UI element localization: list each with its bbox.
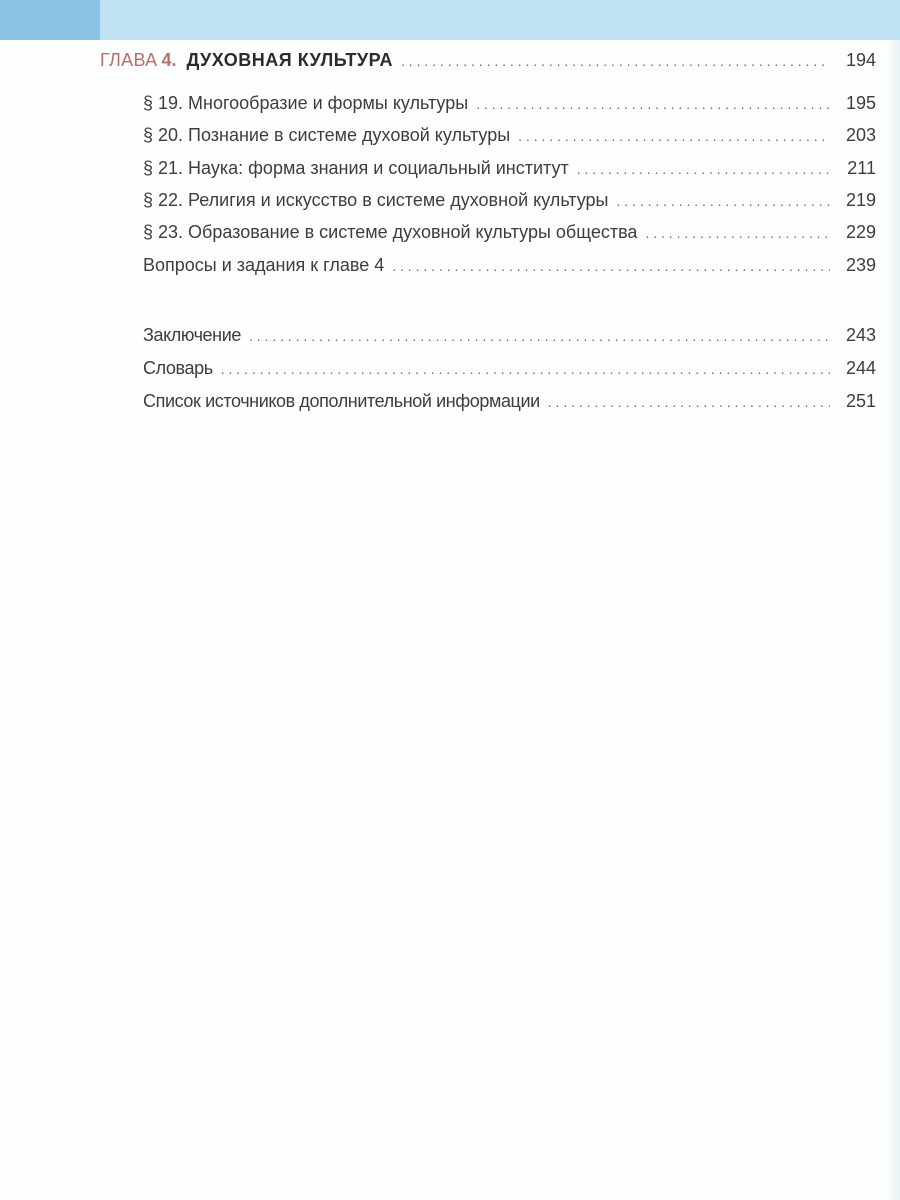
dot-leader [518,128,830,144]
toc-entry-questions[interactable]: Вопросы и задания к главе 4 239 [143,255,876,279]
page-number: 211 [838,158,876,179]
page-number: 194 [838,50,876,71]
dot-leader [577,161,830,177]
chapter-heading: ГЛАВА4.ДУХОВНАЯ КУЛЬТУРА [100,50,393,71]
entry-title: § 22. Религия и искусство в системе духо… [143,190,608,211]
toc-entry[interactable]: § 21. Наука: форма знания и социальный и… [143,158,876,182]
page-number: 219 [838,190,876,211]
entry-title: Список источников дополнительной информа… [143,391,540,412]
entry-title: § 21. Наука: форма знания и социальный и… [143,158,569,179]
toc-entry-sources[interactable]: Список источников дополнительной информа… [143,391,876,415]
entry-title: Словарь [143,358,213,379]
dot-leader [392,258,830,274]
dot-leader [249,328,830,344]
chapter-name: ДУХОВНАЯ КУЛЬТУРА [186,50,393,70]
page-number: 244 [838,358,876,379]
chapter-label: ГЛАВА [100,50,157,70]
entry-title: § 20. Познание в системе духовой культур… [143,125,510,146]
dot-leader [401,53,830,69]
page-number: 195 [838,93,876,114]
toc-entry[interactable]: § 20. Познание в системе духовой культур… [143,125,876,149]
page-number: 203 [838,125,876,146]
page-number: 229 [838,222,876,243]
toc-entry[interactable]: § 23. Образование в системе духовной кул… [143,222,876,246]
dot-leader [476,96,830,112]
header-band-corner [0,0,100,40]
page-number: 251 [838,391,876,412]
entry-title: Заключение [143,325,241,346]
page-number: 239 [838,255,876,276]
page-number: 243 [838,325,876,346]
dot-leader [645,225,830,241]
toc-entry-conclusion[interactable]: Заключение 243 [143,325,876,349]
dot-leader [616,193,830,209]
page-edge-shadow [886,40,900,1200]
toc-chapter-4[interactable]: ГЛАВА4.ДУХОВНАЯ КУЛЬТУРА 194 [100,50,876,74]
toc-entry[interactable]: § 22. Религия и искусство в системе духо… [143,190,876,214]
header-band [0,0,900,40]
entry-title: § 23. Образование в системе духовной кул… [143,222,637,243]
dot-leader [221,361,830,377]
chapter-number: 4. [161,50,176,70]
toc-entry-glossary[interactable]: Словарь 244 [143,358,876,382]
toc-entry[interactable]: § 19. Многообразие и формы культуры 195 [143,93,876,117]
entry-title: § 19. Многообразие и формы культуры [143,93,468,114]
entry-title: Вопросы и задания к главе 4 [143,255,384,276]
dot-leader [548,394,830,410]
